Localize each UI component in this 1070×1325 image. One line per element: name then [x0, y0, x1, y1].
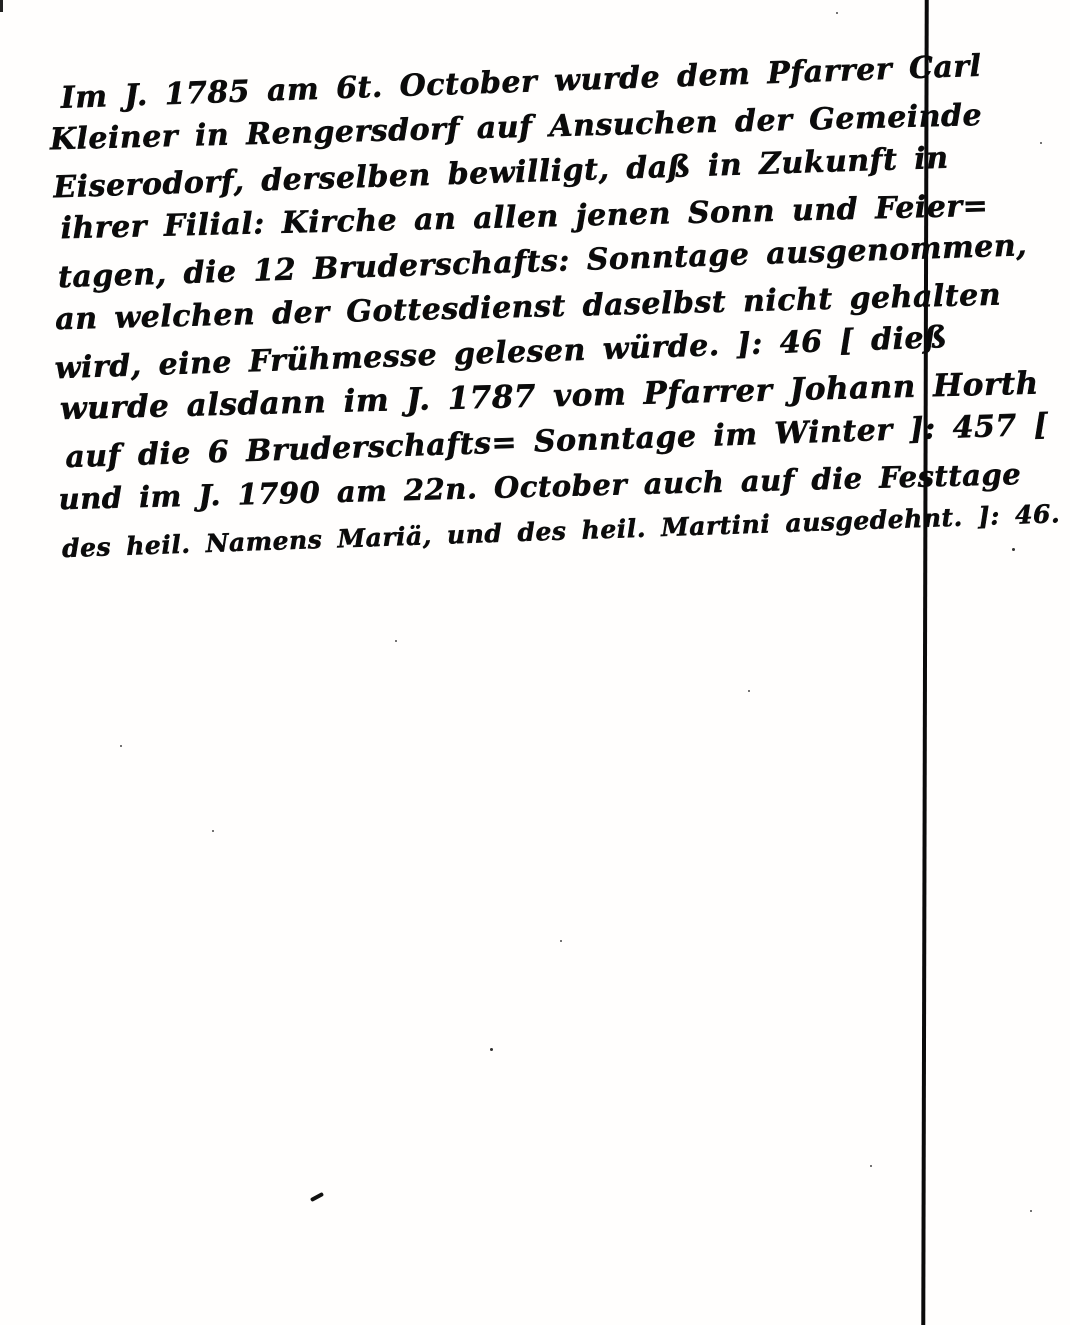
scan-speck [310, 1192, 324, 1202]
scan-speck [748, 690, 750, 692]
scan-speck [1012, 548, 1015, 551]
scan-speck [836, 12, 838, 14]
scan-speck [870, 1165, 872, 1167]
scan-speck [212, 830, 214, 832]
scan-speck [560, 940, 562, 942]
handwriting-block: Im J. 1785 am 6t. October wurde dem Pfar… [46, 47, 960, 568]
scan-speck [1040, 142, 1042, 144]
scan-speck [395, 640, 397, 642]
scan-speck [490, 1048, 493, 1051]
scan-speck [120, 745, 122, 747]
scan-edge-artifact [0, 0, 3, 12]
scan-speck [1030, 1210, 1032, 1212]
scanned-page: Im J. 1785 am 6t. October wurde dem Pfar… [0, 0, 1070, 1325]
